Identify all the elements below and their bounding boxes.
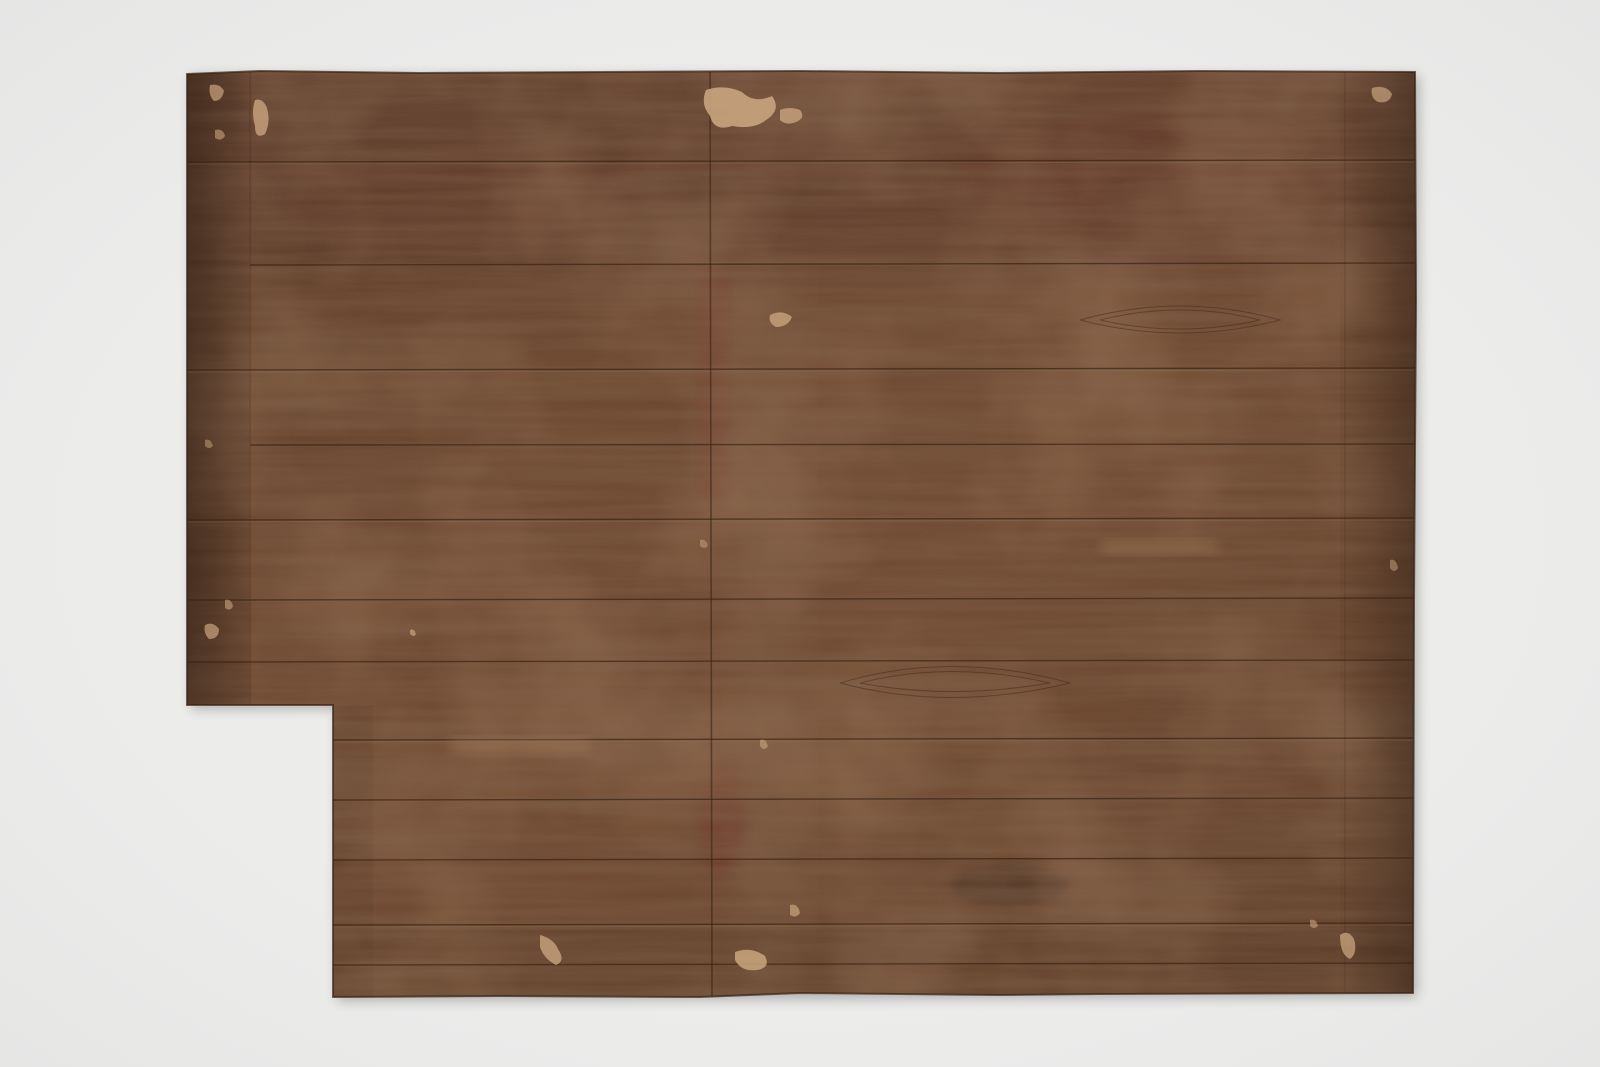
wood-grain-panel-artwork — [0, 0, 1600, 1067]
